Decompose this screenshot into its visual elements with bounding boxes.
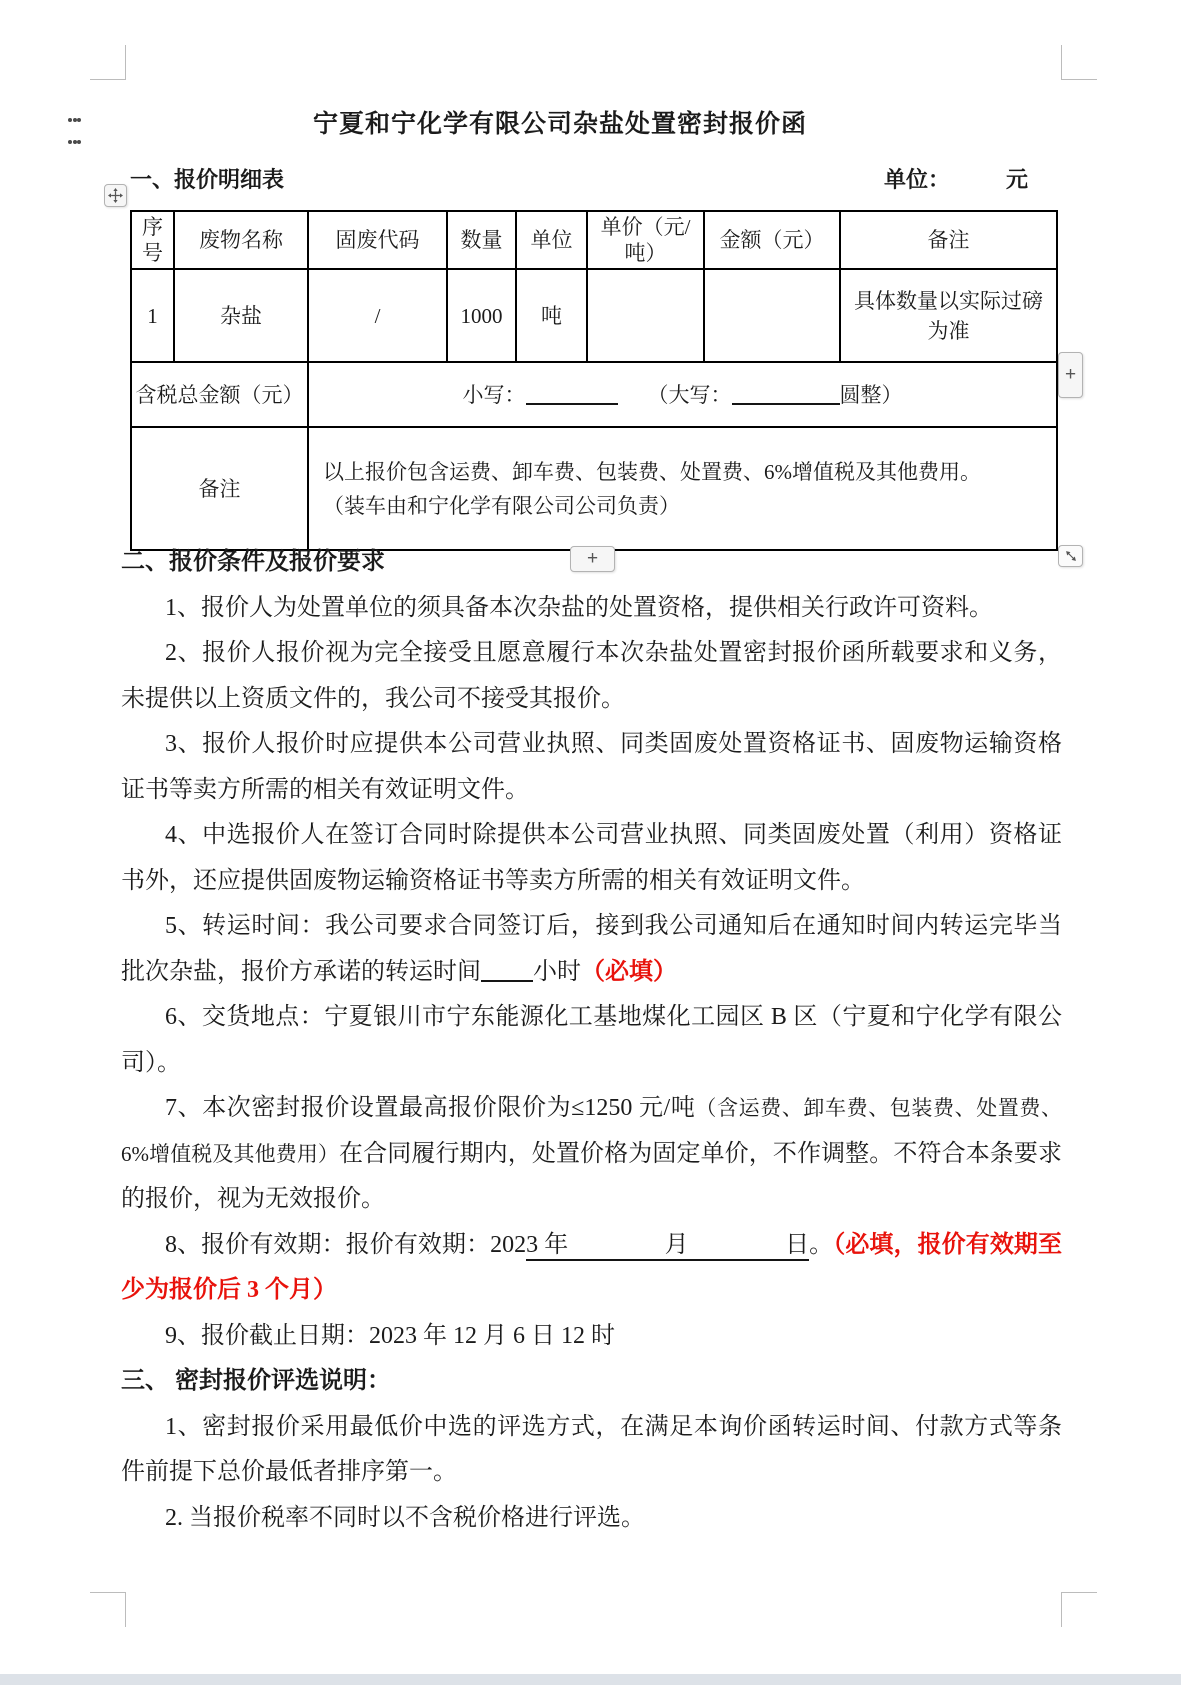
unit-label: 单位： <box>884 163 950 194</box>
section2-item2: 2、报价人报价视为完全接受且愿意履行本次杂盐处置密封报价函所载要求和义务，未提供… <box>121 631 1062 722</box>
transfer-hours-blank[interactable] <box>481 960 533 982</box>
resize-diagonal-icon <box>1064 550 1078 562</box>
table-row: 1 杂盐 / 1000 吨 具体数量以实际过磅为准 <box>131 269 1057 362</box>
section2-item8: 8、报价有效期：报价有效期：2023 年 月 日。（必填，报价有效期至少为报价后… <box>121 1223 1062 1314</box>
cell-note: 具体数量以实际过磅为准 <box>840 269 1057 362</box>
total-label: 含税总金额（元） <box>131 362 308 427</box>
total-value-cell: 小写：（大写：圆整） <box>308 362 1057 427</box>
section2-item5: 5、转运时间：我公司要求合同签订后，接到我公司通知后在通知时间内转运完毕当批次杂… <box>121 904 1062 995</box>
remark-row: 备注 以上报价包含运费、卸车费、包装费、处置费、6%增值税及其他费用。 （装车由… <box>131 427 1057 550</box>
page-bottom-strip <box>0 1674 1181 1685</box>
cell-amount-input[interactable] <box>704 269 840 362</box>
header-seq: 序号 <box>131 211 174 269</box>
cell-seq: 1 <box>131 269 174 362</box>
section2-item1: 1、报价人为处置单位的须具备本次杂盐的处置资格，提供相关行政许可资料。 <box>121 586 1062 632</box>
cell-qty: 1000 <box>447 269 516 362</box>
remark-line1: 以上报价包含运费、卸车费、包装费、处置费、6%增值税及其他费用。 <box>323 455 1053 489</box>
plus-icon: + <box>1065 364 1076 386</box>
header-qty: 数量 <box>447 211 516 269</box>
total-big-prefix: （大写： <box>648 383 732 407</box>
validity-date-blank[interactable]: 3 年 月 日 <box>526 1232 809 1261</box>
item5-unit: 小时 <box>533 959 581 985</box>
table-header-row: 序号 废物名称 固废代码 数量 单位 单价（元/吨） 金额（元） 备注 <box>131 211 1057 269</box>
header-unit-price: 单价（元/吨） <box>587 211 704 269</box>
section3-heading: 三、 密封报价评选说明： <box>121 1359 1062 1405</box>
header-waste-name: 废物名称 <box>174 211 308 269</box>
section2-heading: 二、报价条件及报价要求 <box>121 540 1062 586</box>
table-meta-row: 一、报价明细表 单位： 元 <box>130 163 1056 194</box>
move-cross-icon <box>108 188 123 203</box>
section2-item9: 9、报价截止日期：2023 年 12 月 6 日 12 时 <box>121 1314 1062 1360</box>
page-corner-mark-bottom-right <box>1061 1592 1097 1627</box>
section2-item6: 6、交货地点：宁夏银川市宁东能源化工基地煤化工园区 B 区（宁夏和宁化学有限公司… <box>121 995 1062 1086</box>
unit-group: 单位： 元 <box>884 163 1056 194</box>
total-big-suffix: 圆整） <box>840 383 903 407</box>
header-note: 备注 <box>840 211 1057 269</box>
item8-period: 。 <box>809 1232 833 1258</box>
page-corner-mark-bottom-left <box>90 1592 126 1627</box>
section1-heading: 一、报价明细表 <box>130 163 284 194</box>
document-title: 宁夏和宁化学有限公司杂盐处置密封报价函 <box>0 104 1120 140</box>
cell-waste-name: 杂盐 <box>174 269 308 362</box>
header-amount: 金额（元） <box>704 211 840 269</box>
section2-item7: 7、本次密封报价设置最高报价限价为≤1250 元/吨（含运费、卸车费、包装费、处… <box>121 1086 1062 1223</box>
total-small-label: 小写： <box>463 383 526 407</box>
cell-unit-price-input[interactable] <box>587 269 704 362</box>
insert-column-button[interactable]: + <box>1058 352 1083 398</box>
item8-text: 8、报价有效期：报价有效期：202 <box>165 1232 526 1258</box>
quotation-table: 序号 废物名称 固废代码 数量 单位 单价（元/吨） 金额（元） 备注 1 杂盐… <box>130 210 1058 551</box>
cell-waste-code: / <box>308 269 447 362</box>
section2-item3: 3、报价人报价时应提供本公司营业执照、同类固废处置资格证书、固废物运输资格证书等… <box>121 722 1062 813</box>
table-move-handle[interactable] <box>104 184 127 207</box>
section3-item1: 1、密封报价采用最低价中选的评选方式，在满足本询价函转运时间、付款方式等条件前提… <box>121 1405 1062 1496</box>
cell-unit: 吨 <box>516 269 587 362</box>
header-unit: 单位 <box>516 211 587 269</box>
page-corner-mark-top-right <box>1061 45 1097 80</box>
section2-item4: 4、中选报价人在签订合同时除提供本公司营业执照、同类固废处置（利用）资格证书外，… <box>121 813 1062 904</box>
total-big-blank[interactable] <box>732 383 840 405</box>
remark-content: 以上报价包含运费、卸车费、包装费、处置费、6%增值税及其他费用。 （装车由和宁化… <box>308 427 1057 550</box>
remark-label: 备注 <box>131 427 308 550</box>
item5-required-note: （必填） <box>581 959 677 985</box>
document-body: 二、报价条件及报价要求 1、报价人为处置单位的须具备本次杂盐的处置资格，提供相关… <box>121 540 1062 1541</box>
remark-line2: （装车由和宁化学有限公司公司负责） <box>323 489 1053 523</box>
total-row: 含税总金额（元） 小写：（大写：圆整） <box>131 362 1057 427</box>
total-small-blank[interactable] <box>526 383 618 405</box>
header-waste-code: 固废代码 <box>308 211 447 269</box>
section3-item2: 2. 当报价税率不同时以不含税价格进行评选。 <box>121 1496 1062 1542</box>
unit-value: 元 <box>1006 163 1028 194</box>
page-corner-mark-top-left <box>90 45 126 80</box>
item7-main: 7、本次密封报价设置最高报价限价为≤1250 元/吨 <box>165 1095 695 1121</box>
